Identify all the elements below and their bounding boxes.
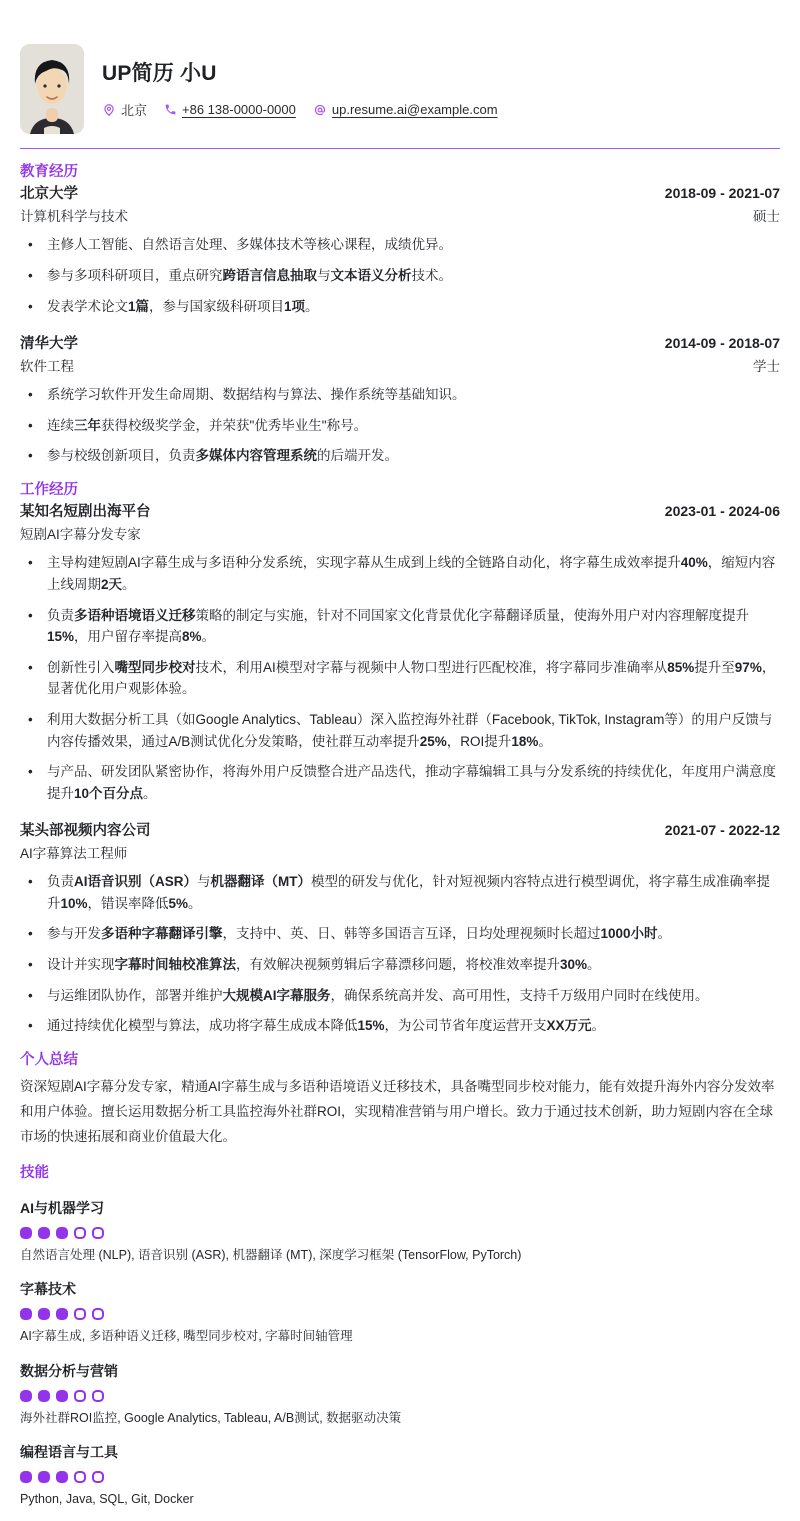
school-name: 北京大学 bbox=[20, 182, 78, 203]
work-date: 2023-01 - 2024-06 bbox=[665, 503, 780, 519]
skill-dot-empty bbox=[74, 1390, 86, 1402]
skill-dot-filled bbox=[56, 1471, 68, 1483]
skill-name: 字幕技术 bbox=[20, 1279, 780, 1299]
education-bullets: 系统学习软件开发生命周期、数据结构与算法、操作系统等基础知识。连续三年获得校级奖… bbox=[20, 384, 780, 467]
bullet-item: 负责AI语音识别（ASR）与机器翻译（MT）模型的研发与优化，针对短视频内容特点… bbox=[20, 871, 780, 914]
skill-dot-empty bbox=[92, 1227, 104, 1239]
skill-group: 编程语言与工具 Python, Java, SQL, Git, Docker bbox=[20, 1442, 780, 1509]
bullet-item: 负责多语种语境语义迁移策略的制定与实施，针对不同国家文化背景优化字幕翻译质量，使… bbox=[20, 605, 780, 648]
skill-rating bbox=[20, 1471, 780, 1483]
skill-dot-filled bbox=[38, 1390, 50, 1402]
skill-rating bbox=[20, 1227, 780, 1239]
section-summary: 个人总结 资深短剧AI字幕分发专家，精通AI字幕生成与多语种语境语义迁移技术，具… bbox=[20, 1052, 780, 1150]
skill-rating bbox=[20, 1390, 780, 1402]
education-date: 2014-09 - 2018-07 bbox=[665, 335, 780, 351]
section-skills: 技能 AI与机器学习 自然语言处理 (NLP), 语音识别 (ASR), 机器翻… bbox=[20, 1165, 780, 1508]
skill-dot-empty bbox=[74, 1308, 86, 1320]
bullet-item: 发表学术论文1篇，参与国家级科研项目1项。 bbox=[20, 296, 780, 318]
work-bullets: 负责AI语音识别（ASR）与机器翻译（MT）模型的研发与优化，针对短视频内容特点… bbox=[20, 871, 780, 1037]
skill-dot-filled bbox=[38, 1308, 50, 1320]
bullet-item: 参与开发多语种字幕翻译引擎，支持中、英、日、韩等多国语言互译，日均处理视频时长超… bbox=[20, 923, 780, 945]
phone-icon bbox=[164, 103, 177, 116]
skill-dot-filled bbox=[56, 1390, 68, 1402]
bullet-item: 主修人工智能、自然语言处理、多媒体技术等核心课程，成绩优异。 bbox=[20, 234, 780, 256]
header-info: UP简历 小U 北京 +86 138-0 bbox=[102, 44, 498, 119]
bullet-item: 系统学习软件开发生命周期、数据结构与算法、操作系统等基础知识。 bbox=[20, 384, 780, 406]
work-section-title: 工作经历 bbox=[20, 482, 780, 499]
bullet-item: 参与多项科研项目，重点研究跨语言信息抽取与文本语义分析技术。 bbox=[20, 265, 780, 287]
education-date: 2018-09 - 2021-07 bbox=[665, 185, 780, 201]
contact-phone[interactable]: +86 138-0000-0000 bbox=[164, 102, 296, 117]
bullet-item: 与产品、研发团队紧密协作，将海外用户反馈整合进产品迭代，推动字幕编辑工具与分发系… bbox=[20, 761, 780, 804]
header-divider bbox=[20, 148, 780, 149]
skill-dot-empty bbox=[92, 1390, 104, 1402]
skill-name: 编程语言与工具 bbox=[20, 1442, 780, 1462]
education-entry: 北京大学 2018-09 - 2021-07 计算机科学与技术 硕士 主修人工智… bbox=[20, 182, 780, 317]
skills-section-title: 技能 bbox=[20, 1165, 780, 1182]
bullet-item: 利用大数据分析工具（如Google Analytics、Tableau）深入监控… bbox=[20, 709, 780, 752]
skill-rating bbox=[20, 1308, 780, 1320]
skill-group: 数据分析与营销 海外社群ROI监控, Google Analytics, Tab… bbox=[20, 1361, 780, 1428]
contact-location-text: 北京 bbox=[121, 100, 147, 119]
skill-desc: 自然语言处理 (NLP), 语音识别 (ASR), 机器翻译 (MT), 深度学… bbox=[20, 1247, 780, 1265]
skill-dot-filled bbox=[20, 1227, 32, 1239]
skill-group: 字幕技术 AI字幕生成, 多语种语义迁移, 嘴型同步校对, 字幕时间轴管理 bbox=[20, 1279, 780, 1346]
skill-dot-filled bbox=[20, 1471, 32, 1483]
profile-photo bbox=[20, 44, 84, 134]
contact-row: 北京 +86 138-0000-0000 bbox=[102, 100, 498, 119]
bullet-item: 主导构建短剧AI字幕生成与多语种分发系统，实现字幕从生成到上线的全链路自动化，将… bbox=[20, 552, 780, 595]
skill-group: AI与机器学习 自然语言处理 (NLP), 语音识别 (ASR), 机器翻译 (… bbox=[20, 1198, 780, 1265]
skill-name: AI与机器学习 bbox=[20, 1198, 780, 1218]
bullet-item: 连续三年获得校级奖学金，并荣获"优秀毕业生"称号。 bbox=[20, 415, 780, 437]
candidate-name: UP简历 小U bbox=[102, 57, 498, 87]
education-bullets: 主修人工智能、自然语言处理、多媒体技术等核心课程，成绩优异。参与多项科研项目，重… bbox=[20, 234, 780, 317]
bullet-item: 设计并实现字幕时间轴校准算法，有效解决视频剪辑后字幕漂移问题，将校准效率提升30… bbox=[20, 954, 780, 976]
skill-desc: AI字幕生成, 多语种语义迁移, 嘴型同步校对, 字幕时间轴管理 bbox=[20, 1328, 780, 1346]
contact-phone-text[interactable]: +86 138-0000-0000 bbox=[182, 102, 296, 117]
bullet-item: 创新性引入嘴型同步校对技术，利用AI模型对字幕与视频中人物口型进行匹配校准，将字… bbox=[20, 657, 780, 700]
resume-page: UP简历 小U 北京 +86 138-0 bbox=[0, 44, 800, 1521]
school-name: 清华大学 bbox=[20, 332, 78, 353]
summary-section-title: 个人总结 bbox=[20, 1052, 780, 1069]
company-name: 某头部视频内容公司 bbox=[20, 819, 151, 840]
job-title: AI字幕算法工程师 bbox=[20, 842, 127, 862]
skill-dot-filled bbox=[56, 1308, 68, 1320]
skill-dot-empty bbox=[74, 1471, 86, 1483]
bullet-item: 与运维团队协作，部署并维护大规模AI字幕服务，确保系统高并发、高可用性，支持千万… bbox=[20, 985, 780, 1007]
degree-label: 硕士 bbox=[753, 205, 780, 225]
education-entry: 清华大学 2014-09 - 2018-07 软件工程 学士 系统学习软件开发生… bbox=[20, 332, 780, 467]
skill-dot-empty bbox=[92, 1471, 104, 1483]
at-icon bbox=[313, 103, 327, 117]
work-bullets: 主导构建短剧AI字幕生成与多语种分发系统，实现字幕从生成到上线的全链路自动化，将… bbox=[20, 552, 780, 804]
company-name: 某知名短剧出海平台 bbox=[20, 500, 151, 521]
skill-dot-empty bbox=[74, 1227, 86, 1239]
skill-dot-empty bbox=[92, 1308, 104, 1320]
major-name: 软件工程 bbox=[20, 355, 74, 375]
skill-dot-filled bbox=[38, 1227, 50, 1239]
work-entry: 某知名短剧出海平台 2023-01 - 2024-06 短剧AI字幕分发专家 主… bbox=[20, 500, 780, 804]
contact-location: 北京 bbox=[102, 100, 147, 119]
skill-dot-filled bbox=[38, 1471, 50, 1483]
job-title: 短剧AI字幕分发专家 bbox=[20, 523, 141, 543]
skill-name: 数据分析与营销 bbox=[20, 1361, 780, 1381]
work-date: 2021-07 - 2022-12 bbox=[665, 822, 780, 838]
education-section-title: 教育经历 bbox=[20, 164, 780, 181]
major-name: 计算机科学与技术 bbox=[20, 205, 128, 225]
contact-email[interactable]: up.resume.ai@example.com bbox=[313, 102, 498, 117]
skill-desc: 海外社群ROI监控, Google Analytics, Tableau, A/… bbox=[20, 1410, 780, 1428]
skill-dot-filled bbox=[20, 1308, 32, 1320]
location-pin-icon bbox=[102, 103, 116, 117]
section-education: 教育经历 北京大学 2018-09 - 2021-07 计算机科学与技术 硕士 … bbox=[20, 164, 780, 467]
degree-label: 学士 bbox=[753, 355, 780, 375]
contact-email-text[interactable]: up.resume.ai@example.com bbox=[332, 102, 498, 117]
resume-header: UP简历 小U 北京 +86 138-0 bbox=[20, 44, 780, 134]
skill-dot-filled bbox=[20, 1390, 32, 1402]
section-work: 工作经历 某知名短剧出海平台 2023-01 - 2024-06 短剧AI字幕分… bbox=[20, 482, 780, 1037]
work-entry: 某头部视频内容公司 2021-07 - 2022-12 AI字幕算法工程师 负责… bbox=[20, 819, 780, 1037]
bullet-item: 参与校级创新项目，负责多媒体内容管理系统的后端开发。 bbox=[20, 445, 780, 467]
bullet-item: 通过持续优化模型与算法，成功将字幕生成成本降低15%，为公司节省年度运营开支XX… bbox=[20, 1015, 780, 1037]
skill-dot-filled bbox=[56, 1227, 68, 1239]
profile-photo-illustration bbox=[20, 44, 84, 134]
summary-text: 资深短剧AI字幕分发专家，精通AI字幕生成与多语种语境语义迁移技术，具备嘴型同步… bbox=[20, 1075, 780, 1150]
skill-desc: Python, Java, SQL, Git, Docker bbox=[20, 1491, 780, 1509]
